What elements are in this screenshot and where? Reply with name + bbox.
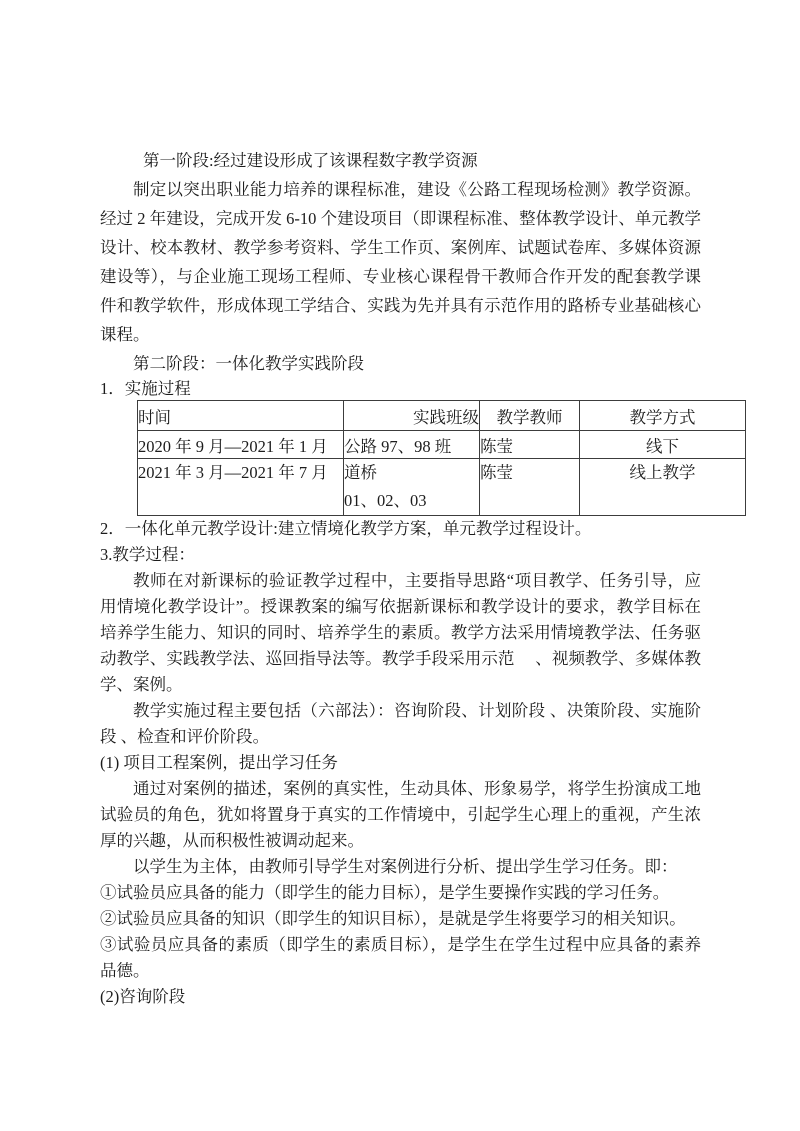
section1-paragraph: 制定以突出职业能力培养的课程标准，建设《公路工程现场检测》教学资源。经过 2 年… [100,175,701,349]
table-cell-practice-class: 公路 97、98 班 [344,431,480,459]
objective-item-knowledge: ②试验员应具备的知识（即学生的知识目标），是就是学生将要学习的相关知识。 [100,906,701,932]
table-row: 2021 年 3 月—2021 年 7 月 道桥 01、02、03 陈莹 线上教… [138,459,746,516]
subsection1-paragraph-2: 以学生为主体，由教师引导学生对案例进行分析、提出学生学习任务。即： [100,854,701,880]
subsection2-heading: (2)咨询阶段 [100,984,701,1010]
document-content: 第一阶段:经过建设形成了该课程数字教学资源 制定以突出职业能力培养的课程标准，建… [100,0,701,1010]
section2-heading: 第二阶段：一体化教学实践阶段 [100,349,701,378]
subsection1-heading: (1) 项目工程案例，提出学习任务 [100,750,701,776]
table-row: 2020 年 9 月—2021 年 1 月 公路 97、98 班 陈莹 线下 [138,431,746,459]
objective-item-quality: ③试验员应具备的素质（即学生的素质目标），是学生在学生过程中应具备的素养品德。 [100,932,701,984]
table-header-teacher: 教学教师 [480,401,580,431]
table-cell-teaching-mode: 线下 [580,431,746,459]
table-cell-practice-class: 道桥 01、02、03 [344,459,480,516]
table-header-teaching-mode: 教学方式 [580,401,746,431]
implementation-process-label: 1．实施过程 [100,378,701,400]
table-cell-time: 2021 年 3 月—2021 年 7 月 [138,459,344,516]
teaching-process-paragraph-2: 教学实施过程主要包括（六部法）：咨询阶段、计划阶段 、决策阶段、实施阶段 、检查… [100,698,701,750]
teaching-process-paragraph-1: 教师在对新课标的验证教学过程中，主要指导思路“项目教学、任务引导，应用情境化教学… [100,568,701,698]
section1-heading: 第一阶段:经过建设形成了该课程数字教学资源 [100,146,701,175]
unit-teaching-design-item: 2．一体化单元教学设计:建立情境化教学方案，单元教学过程设计。 [100,516,701,542]
table-cell-teacher: 陈莹 [480,431,580,459]
table-header-practice-class: 实践班级 [344,401,480,431]
table-header-row: 时间 实践班级 教学教师 教学方式 [138,401,746,431]
implementation-table: 时间 实践班级 教学教师 教学方式 2020 年 9 月—2021 年 1 月 … [137,400,746,516]
document-page: 第一阶段:经过建设形成了该课程数字教学资源 制定以突出职业能力培养的课程标准，建… [0,0,800,1131]
table-header-time: 时间 [138,401,344,431]
table-cell-time: 2020 年 9 月—2021 年 1 月 [138,431,344,459]
table-cell-teaching-mode: 线上教学 [580,459,746,516]
table-cell-teacher: 陈莹 [480,459,580,516]
subsection1-paragraph-1: 通过对案例的描述，案例的真实性，生动具体、形象易学，将学生扮演成工地试验员的角色… [100,776,701,854]
teaching-process-item: 3.教学过程： [100,542,701,568]
objective-item-ability: ①试验员应具备的能力（即学生的能力目标），是学生要操作实践的学习任务。 [100,880,701,906]
